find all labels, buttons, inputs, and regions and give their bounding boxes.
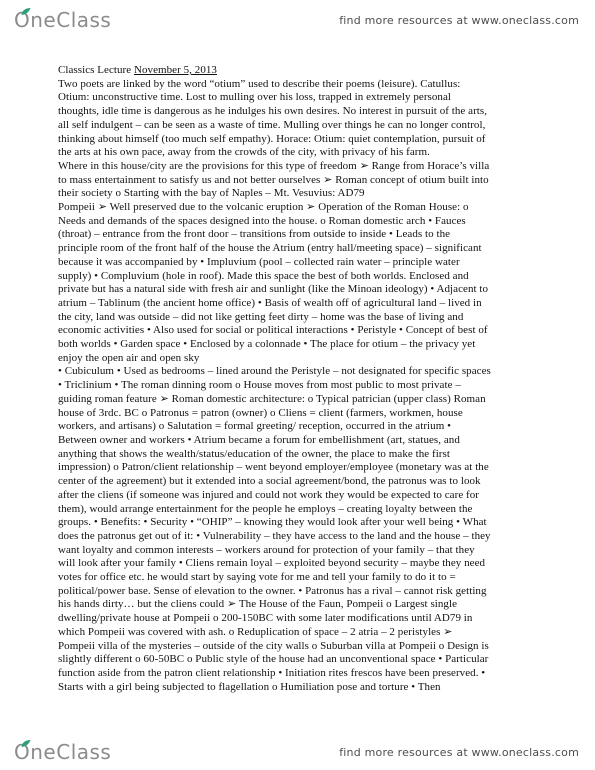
note-body: Classics Lecture November 5, 2013 Two po… — [58, 64, 550, 694]
note-line: impression) o Patron/client relationship… — [58, 461, 550, 475]
note-line: Needs and demands of the spaces designed… — [58, 215, 550, 229]
note-line: his hands dirty… but the cliens could ➢ … — [58, 598, 550, 612]
footer: OneClass find more resources at www.onec… — [14, 737, 579, 767]
note-line: • Cubiculum • Used as bedrooms – lined a… — [58, 365, 550, 379]
document-page: OneClass find more resources at www.onec… — [0, 0, 595, 770]
note-line: slightly different o 60-50BC o Public st… — [58, 653, 550, 667]
note-line: Pompeii ➢ Well preserved due to the volc… — [58, 201, 550, 215]
note-line: does the patronus get out of it: • Vulne… — [58, 530, 550, 544]
oneclass-logo[interactable]: OneClass — [14, 8, 111, 32]
note-line: house of 3rdc. BC o Patronus = patron (o… — [58, 407, 550, 421]
note-line: function aside from the patron client re… — [58, 667, 550, 681]
note-line: the arts at his own pace, away from the … — [58, 146, 550, 160]
note-line: Where in this house/city are the provisi… — [58, 160, 550, 174]
note-line: the city, land was outside – did not lik… — [58, 311, 550, 325]
note-line: Pompeii villa of the mysteries – outside… — [58, 640, 550, 654]
note-line: them), would arrange entertainment for t… — [58, 503, 550, 517]
note-line: enjoy the open air and open sky — [58, 352, 550, 366]
note-line: supply) • Compluvium (hole in roof). Mad… — [58, 270, 550, 284]
note-line: their society o Starting with the bay of… — [58, 187, 550, 201]
note-line: guiding roman feature ➢ Roman domestic a… — [58, 393, 550, 407]
note-line: (throat) – entrance from the front door … — [58, 228, 550, 242]
note-line: will look after your family • Cliens rem… — [58, 557, 550, 571]
note-line: thoughts, idle time is dangerous as he i… — [58, 105, 550, 119]
note-line: Otium: unconstructive time. Lost to mull… — [58, 91, 550, 105]
lecture-title-prefix: Classics Lecture — [58, 64, 134, 76]
oneclass-logo[interactable]: OneClass — [14, 740, 111, 764]
note-line: workers, and artisans) o Salutation = fo… — [58, 420, 550, 434]
note-line: • Triclinium • The roman dinning room o … — [58, 379, 550, 393]
note-line: votes for office etc. he would start by … — [58, 571, 550, 585]
note-line: anything that shows the wealth/status/ed… — [58, 448, 550, 462]
header: OneClass find more resources at www.onec… — [14, 5, 579, 35]
note-line: after the cliens (if someone was injured… — [58, 489, 550, 503]
note-line: private but has a natural side with fres… — [58, 283, 550, 297]
header-tagline: find more resources at www.oneclass.com — [339, 14, 579, 27]
note-text: Two poets are linked by the word “otium”… — [58, 78, 550, 695]
leaf-icon — [20, 735, 32, 744]
note-line: all self indulgent – can be seen as a wa… — [58, 119, 550, 133]
note-line: economic activities • Also used for soci… — [58, 324, 550, 338]
footer-tagline: find more resources at www.oneclass.com — [339, 746, 579, 759]
note-line: both worlds • Garden space • Enclosed by… — [58, 338, 550, 352]
lecture-date: November 5, 2013 — [134, 64, 217, 76]
note-line: thinking about himself (too much self em… — [58, 133, 550, 147]
note-line: to mass entertainment to satisfy us and … — [58, 174, 550, 188]
note-line: want loyalty and common interests – work… — [58, 544, 550, 558]
note-line: Between owner and workers • Atrium becam… — [58, 434, 550, 448]
note-line: principle room of the front half of the … — [58, 242, 550, 256]
note-line: because it was accompanied by • Impluviu… — [58, 256, 550, 270]
note-line: dwelling/private house at Pompeii o 200-… — [58, 612, 550, 626]
note-line: Two poets are linked by the word “otium”… — [58, 78, 550, 92]
note-line: political/power base. Sense of elevation… — [58, 585, 550, 599]
note-line: which Pompeii was covered with ash. o Re… — [58, 626, 550, 640]
note-line: center of the agreement) but it extended… — [58, 475, 550, 489]
leaf-icon — [20, 3, 32, 12]
note-line: Starts with a girl being subjected to fl… — [58, 681, 550, 695]
note-line: groups. • Benefits: • Security • “OHIP” … — [58, 516, 550, 530]
lecture-title: Classics Lecture November 5, 2013 — [58, 64, 550, 78]
note-line: atrium – Tablinum (the ancient home offi… — [58, 297, 550, 311]
